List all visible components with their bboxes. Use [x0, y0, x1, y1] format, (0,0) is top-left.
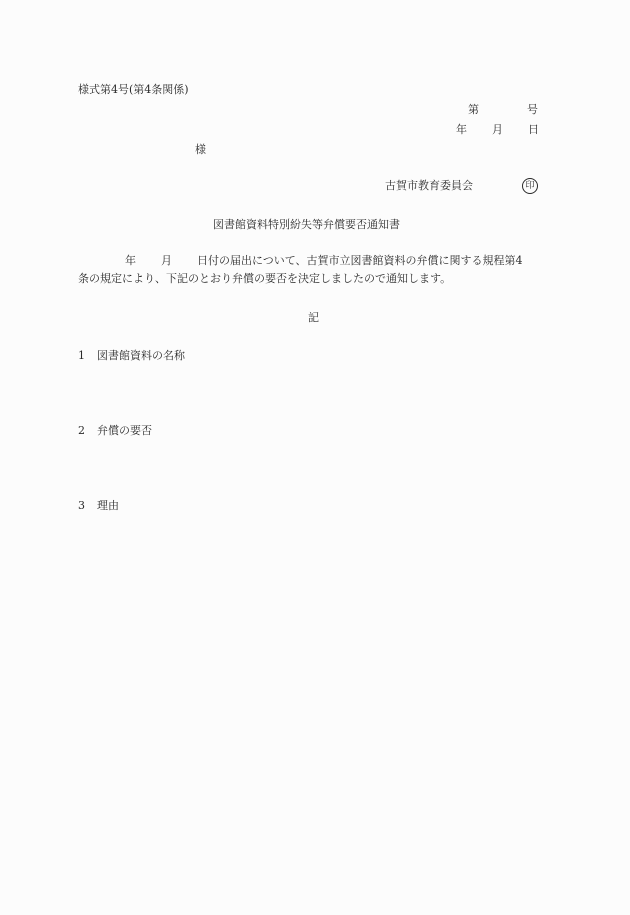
item-label: 理由: [97, 499, 119, 512]
seal-icon: 印: [522, 178, 538, 194]
item-2: 2弁償の要否: [78, 424, 152, 438]
document-title: 図書館資料特別紛失等弁償要否通知書: [213, 218, 400, 232]
date-year: 年: [456, 123, 467, 137]
body-line2: 条の規定により、下記のとおり弁償の要否を決定しましたので通知します。: [78, 272, 451, 286]
item-1: 1図書館資料の名称: [78, 349, 185, 363]
item-label: 弁償の要否: [97, 424, 152, 437]
issuer-name: 古賀市教育委員会: [385, 179, 473, 193]
date-day: 日: [528, 123, 539, 137]
item-number: 1: [78, 349, 85, 362]
item-label: 図書館資料の名称: [97, 349, 185, 362]
body-date-month: 月: [161, 254, 172, 268]
addressee-suffix: 様: [195, 143, 206, 157]
item-3: 3理由: [78, 499, 119, 513]
doc-number-prefix: 第: [468, 103, 479, 117]
ki-heading: 記: [308, 311, 319, 325]
item-number: 2: [78, 424, 85, 437]
body-line1: 日付の届出について、古賀市立図書館資料の弁償に関する規程第4: [197, 254, 523, 268]
form-label: 様式第4号(第4条関係): [78, 83, 189, 97]
date-month: 月: [492, 123, 503, 137]
item-number: 3: [78, 499, 85, 512]
doc-number-suffix: 号: [527, 103, 538, 117]
body-date-year: 年: [125, 254, 136, 268]
